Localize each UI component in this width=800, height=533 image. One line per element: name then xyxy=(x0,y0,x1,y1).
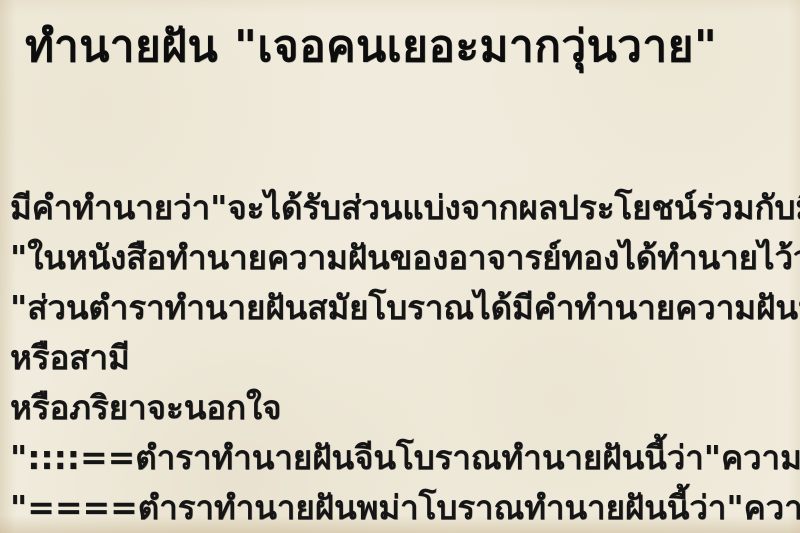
body-line-3: "ส่วนตำราทำนายฝันสมัยโบราณได้มีคำทำนายคว… xyxy=(10,283,800,333)
body-line-6: "::::==ตำราทำนายฝันจีนโบราณทำนายฝันนี้ว่… xyxy=(10,433,800,483)
body-line-5: หรือภริยาจะนอกใจ xyxy=(10,383,800,433)
body-line-7: "====ตำราทำนายฝันพม่าโบราณทำนายฝันนี้ว่า… xyxy=(10,483,800,533)
body-line-2: "ในหนังสือทำนายความฝันของอาจารย์ทองได้ทำ… xyxy=(10,233,800,283)
document-page: ทำนายฝัน "เจอคนเยอะมากวุ่นวาย" มีคำทำนาย… xyxy=(0,0,800,533)
body-text-block: มีคำทำนายว่า"จะได้รับส่วนแบ่งจากผลประโยช… xyxy=(10,183,800,533)
body-line-4: หรือสามี xyxy=(10,333,800,383)
page-title: ทำนายฝัน "เจอคนเยอะมากวุ่นวาย" xyxy=(25,18,717,75)
body-line-1: มีคำทำนายว่า"จะได้รับส่วนแบ่งจากผลประโยช… xyxy=(10,183,800,233)
